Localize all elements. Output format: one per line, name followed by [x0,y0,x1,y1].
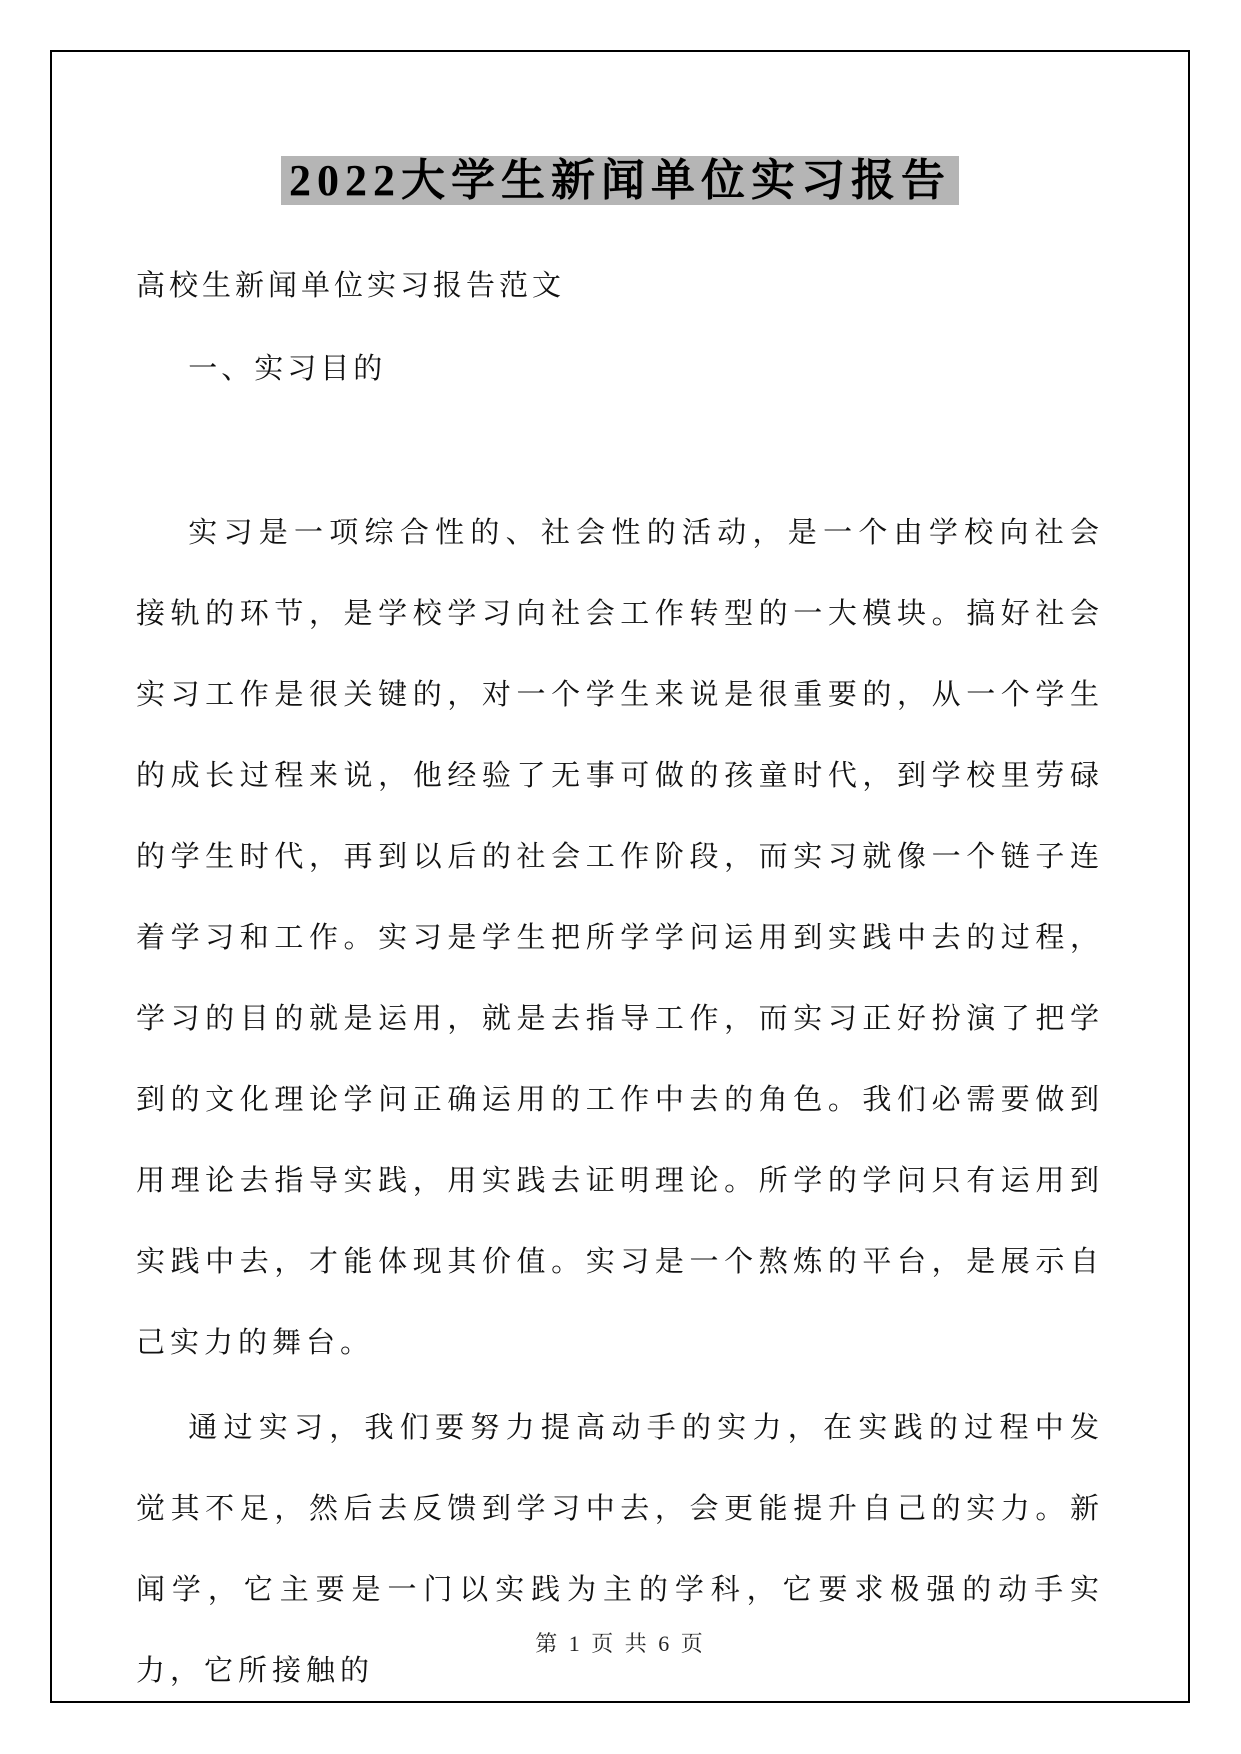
paragraph-body-1: 实习是一项综合性的、社会性的活动，是一个由学校向社会接轨的环节，是学校学习向社会… [136,493,1104,1384]
title-highlighted-text: 2022大学生新闻单位实习报告 [281,156,959,205]
page-title: 2022大学生新闻单位实习报告 [136,150,1104,212]
document-page: 2022大学生新闻单位实习报告 高校生新闻单位实习报告范文 一、实习目的 实习是… [0,0,1241,1754]
paragraph-lead: 高校生新闻单位实习报告范文 [136,266,1104,306]
paragraph-section-heading: 一、实习目的 [136,349,1104,389]
page-number-footer: 第 1 页 共 6 页 [0,1627,1241,1658]
paragraph-body-2: 通过实习，我们要努力提高动手的实力，在实践的过程中发觉其不足，然后去反馈到学习中… [136,1388,1104,1712]
page-content: 2022大学生新闻单位实习报告 高校生新闻单位实习报告范文 一、实习目的 实习是… [136,50,1104,1712]
